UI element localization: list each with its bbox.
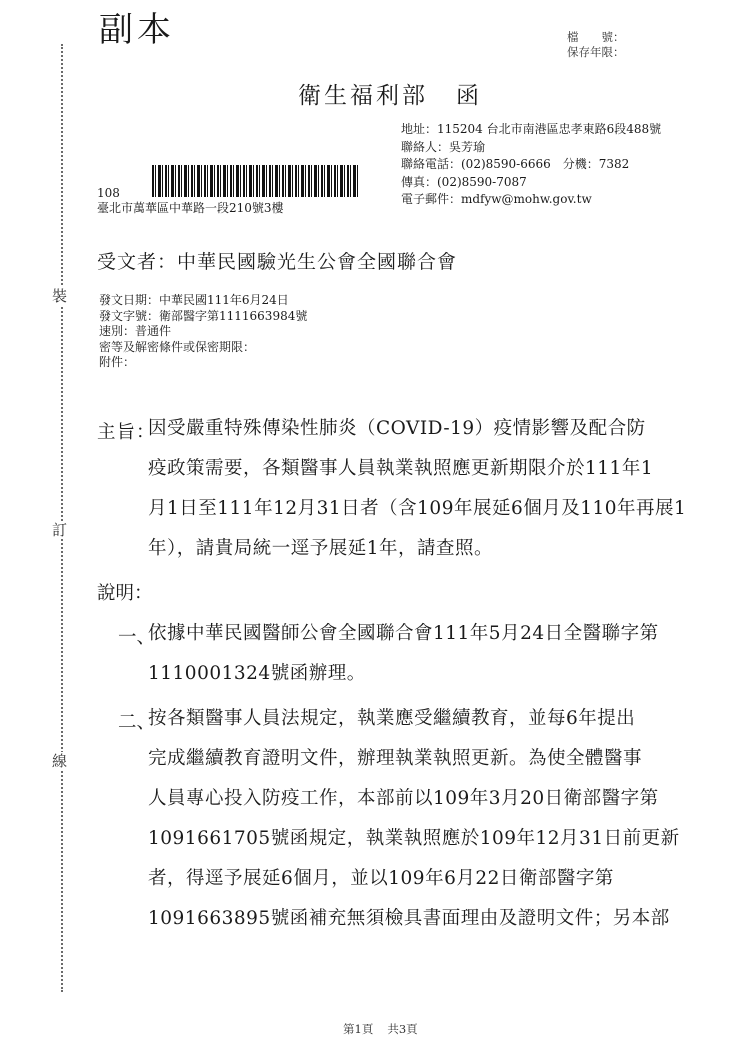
binding-line <box>61 44 63 992</box>
description-label: 說明： <box>97 579 153 605</box>
issue-number: 發文字號：衛部醫字第1111663984號 <box>99 309 307 325</box>
subject-body: 因受嚴重特殊傳染性肺炎（COVID-19）疫情影響及配合防 疫政策需要，各類醫事… <box>148 409 693 569</box>
document-type: 函 <box>456 83 482 109</box>
item-line: 完成繼續教育證明文件，辦理執業執照更新。為使全體醫事 <box>148 739 693 779</box>
file-number-label: 檔 號： <box>567 30 625 45</box>
postal-code: 108 <box>97 186 284 201</box>
mailing-address: 108 臺北市萬華區中華路一段210號3樓 <box>97 186 284 216</box>
subject-line: 疫政策需要，各類醫事人員執業執照應更新期限介於111年1 <box>148 449 693 489</box>
contact-person: 聯絡人：吳芳瑜 <box>401 139 661 157</box>
page-number: 第1頁 <box>343 1022 373 1036</box>
contact-block: 地址：115204 台北市南港區忠孝東路6段488號 聯絡人：吳芳瑜 聯絡電話：… <box>401 121 661 209</box>
dispatch-meta: 發文日期：中華民國111年6月24日 發文字號：衛部醫字第1111663984號… <box>99 293 307 371</box>
item-line: 1091661705號函規定，執業執照應於109年12月31日前更新 <box>148 819 693 859</box>
retention-label: 保存年限： <box>567 45 625 60</box>
delivery-speed: 速別：普通件 <box>99 324 307 340</box>
description-item-2: 按各類醫事人員法規定，執業應受繼續教育，並每6年提出 完成繼續教育證明文件，辦理… <box>148 699 693 939</box>
subject-line: 年），請貴局統一逕予展延1年，請查照。 <box>148 529 693 569</box>
recipient: 受文者：中華民國驗光生公會全國聯合會 <box>97 247 457 274</box>
file-meta: 檔 號： 保存年限： <box>567 30 625 60</box>
binding-mark-bind: 裝 <box>52 287 67 305</box>
contact-address: 地址：115204 台北市南港區忠孝東路6段488號 <box>401 121 661 139</box>
subject-label: 主旨： <box>97 418 156 444</box>
contact-email: 電子郵件：mdfyw@mohw.gov.tw <box>401 191 661 209</box>
item-line: 1091663895號函補充無須檢具書面理由及證明文件；另本部 <box>148 899 693 939</box>
postal-address: 臺北市萬華區中華路一段210號3樓 <box>97 201 284 216</box>
issuer-name: 衛生福利部 <box>298 83 428 109</box>
subject-line: 月1日至111年12月31日者（含109年展延6個月及110年再展1 <box>148 489 693 529</box>
item-line: 1110001324號函辦理。 <box>148 654 693 694</box>
page-footer: 第1頁共3頁 <box>343 1021 418 1037</box>
item-line: 依據中華民國醫師公會全國聯合會111年5月24日全醫聯字第 <box>148 614 693 654</box>
attachments: 附件： <box>99 355 307 371</box>
binding-mark-staple: 訂 <box>52 521 67 539</box>
binding-mark-line: 線 <box>52 752 67 770</box>
description-item-1: 依據中華民國醫師公會全國聯合會111年5月24日全醫聯字第 1110001324… <box>148 614 693 694</box>
page-total: 共3頁 <box>387 1022 417 1036</box>
document-title: 衛生福利部函 <box>298 77 482 110</box>
item-line: 人員專心投入防疫工作，本部前以109年3月20日衛部醫字第 <box>148 779 693 819</box>
issue-date: 發文日期：中華民國111年6月24日 <box>99 293 307 309</box>
item-line: 按各類醫事人員法規定，執業應受繼續教育，並每6年提出 <box>148 699 693 739</box>
contact-fax: 傳真：(02)8590-7087 <box>401 174 661 192</box>
copy-mark: 副本 <box>99 2 175 51</box>
item-line: 者，得逕予展延6個月，並以109年6月22日衛部醫字第 <box>148 859 693 899</box>
subject-line: 因受嚴重特殊傳染性肺炎（COVID-19）疫情影響及配合防 <box>148 409 693 449</box>
classification: 密等及解密條件或保密期限： <box>99 340 307 356</box>
contact-phone: 聯絡電話：(02)8590-6666 分機：7382 <box>401 156 661 174</box>
